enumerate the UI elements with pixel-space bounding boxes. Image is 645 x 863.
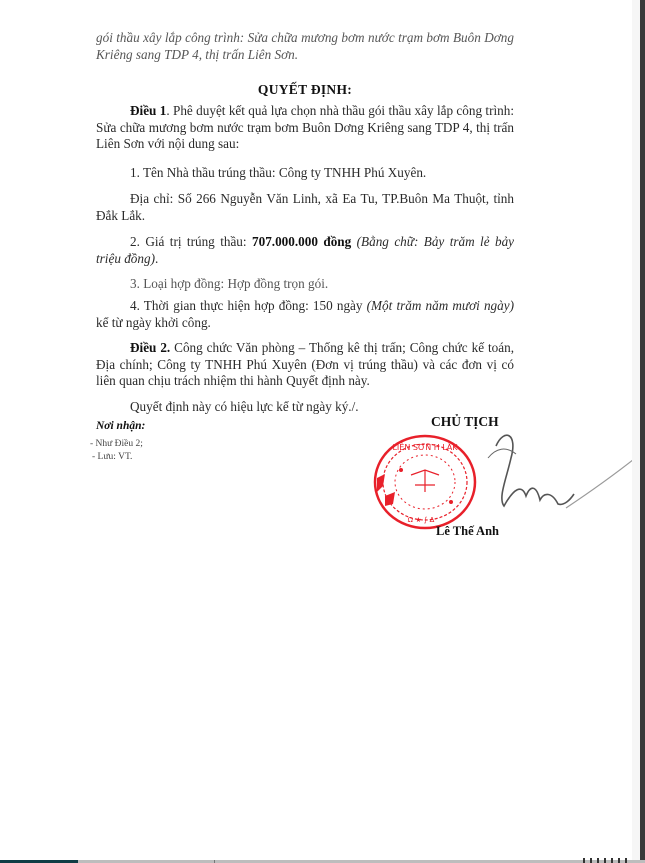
recipient-item: - Lưu: VT. (92, 449, 132, 466)
bottom-ticks (583, 858, 631, 863)
contract-amount: 707.000.000 đồng (252, 234, 351, 249)
document-page: gói thầu xây lắp công trình: Sửa chữa mư… (0, 0, 632, 860)
intro-line-2: Kriêng sang TDP 4, thị trấn Liên Sơn. (96, 47, 514, 64)
duration-in-words: (Một trăm năm mươi ngày) (367, 298, 514, 313)
item-4-prefix: 4. Thời gian thực hiện hợp đồng: 150 ngà… (130, 298, 367, 313)
item-4-duration: 4. Thời gian thực hiện hợp đồng: 150 ngà… (96, 298, 514, 331)
article-2-label: Điều 2. (130, 340, 170, 355)
item-4-suffix: kể từ ngày khởi công. (96, 315, 211, 330)
item-1-contractor: 1. Tên Nhà thầu trúng thầu: Công ty TNHH… (96, 165, 514, 182)
recipients-label: Nơi nhận: (96, 418, 145, 435)
article-2: Điều 2. Công chức Văn phòng – Thống kê t… (96, 340, 514, 390)
signer-name: Lê Thế Anh (436, 523, 499, 540)
article-1-label: Điều 1 (130, 103, 166, 118)
intro-line-1: gói thầu xây lắp công trình: Sửa chữa mư… (96, 30, 514, 47)
signature-icon (426, 388, 645, 523)
item-2-value: 2. Giá trị trúng thầu: 707.000.000 đồng … (96, 234, 514, 267)
item-3-contract-type: 3. Loại hợp đồng: Hợp đồng trọn gói. (96, 276, 514, 293)
contractor-address: Địa chỉ: Số 266 Nguyễn Văn Linh, xã Ea T… (96, 191, 514, 224)
window-right-edge (632, 0, 645, 863)
article-1: Điều 1. Phê duyệt kết quả lựa chọn nhà t… (96, 103, 514, 153)
item-2-suffix: . (155, 251, 158, 266)
decision-heading: QUYẾT ĐỊNH: (96, 82, 514, 99)
item-2-prefix: 2. Giá trị trúng thầu: (130, 234, 252, 249)
